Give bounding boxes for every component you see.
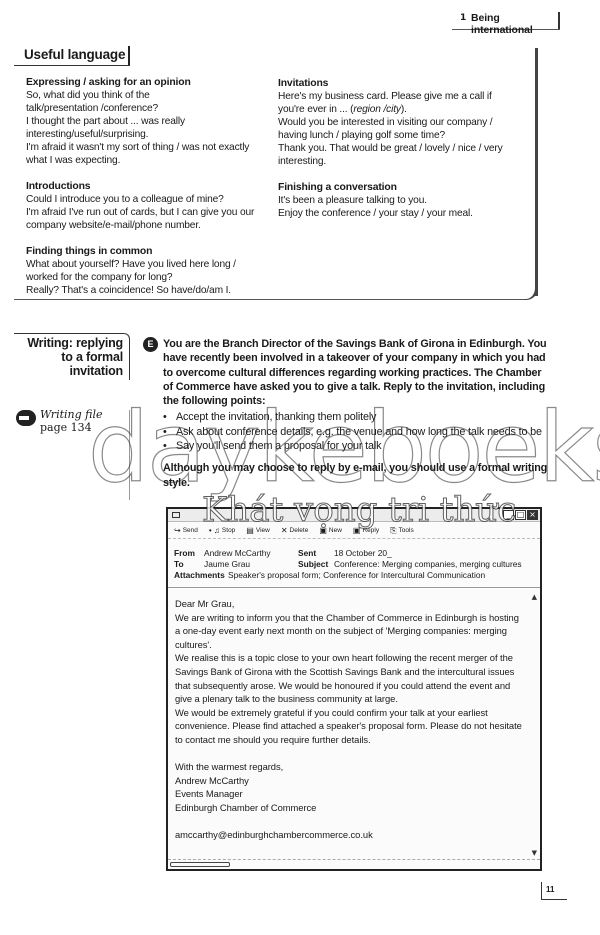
close-button[interactable]: ×	[527, 510, 538, 520]
phrase-line: It's been a pleasure talking to you.	[278, 194, 533, 207]
stop-button[interactable]: • ♫Stop	[209, 527, 235, 535]
phrase-group-finishing: Finishing a conversation It's been a ple…	[278, 181, 533, 220]
task-instruction-text: You are the Branch Director of the Savin…	[163, 337, 548, 408]
signature-title: Events Manager	[175, 787, 525, 801]
group-title: Finishing a conversation	[278, 181, 533, 194]
task-point: Accept the invitation, thanking them pol…	[163, 410, 548, 424]
minimize-button[interactable]: _	[503, 510, 514, 520]
phrase-line: what I was expecting.	[26, 154, 276, 167]
subject-label: Subject	[298, 559, 328, 570]
attachments-value[interactable]: Speaker's proposal form; Conference for …	[228, 570, 485, 581]
phrase-line: you're ever in ... (region /city).	[278, 103, 533, 116]
from-value: Andrew McCarthy	[204, 548, 271, 559]
view-button[interactable]: ▤View	[246, 527, 270, 535]
task-points-list: Accept the invitation, thanking them pol…	[163, 410, 548, 453]
phrase-group-introductions: Introductions Could I introduce you to a…	[26, 180, 276, 232]
reply-button[interactable]: ▣Reply	[353, 527, 379, 535]
email-titlebar: _ □ ×	[168, 509, 540, 522]
signature-email-link[interactable]: amccarthy@edinburghchambercommerce.co.uk	[175, 828, 525, 842]
window-controls: _ □ ×	[503, 510, 538, 520]
signature-name: Andrew McCarthy	[175, 774, 525, 788]
send-label: Send	[183, 527, 198, 534]
phrase-group-common: Finding things in common What about your…	[26, 245, 276, 297]
group-title: Expressing / asking for an opinion	[26, 76, 276, 89]
status-bar	[168, 859, 540, 869]
closing: With the warmest regards,	[175, 760, 525, 774]
stop-icon: • ♫	[209, 527, 220, 535]
body-paragraph: We would be extremely grateful if you co…	[175, 706, 525, 747]
arrow-right-icon	[16, 410, 36, 426]
useful-language-heading: Useful language	[24, 47, 125, 62]
group-title: Invitations	[278, 77, 533, 90]
page-number: 11	[546, 885, 554, 894]
view-icon: ▤	[246, 527, 254, 535]
phrase-line: Could I introduce you to a colleague of …	[26, 193, 276, 206]
phrase-line: having lunch / playing golf some time?	[278, 129, 533, 142]
signature-org: Edinburgh Chamber of Commerce	[175, 801, 525, 815]
phrase-line: What about yourself? Have you lived here…	[26, 258, 276, 271]
task-point: Say you'll send them a proposal for your…	[163, 439, 548, 453]
phrase-line: interesting.	[278, 155, 533, 168]
to-label: To	[174, 559, 184, 570]
reply-label: Reply	[362, 527, 379, 534]
maximize-button[interactable]: □	[515, 510, 526, 520]
useful-language-left-column: Expressing / asking for an opinion So, w…	[26, 76, 276, 310]
send-button[interactable]: ↪Send	[174, 527, 198, 535]
salutation: Dear Mr Grau,	[175, 597, 525, 611]
task-note: Although you may choose to reply by e-ma…	[163, 461, 548, 490]
useful-language-heading-box: Useful language	[14, 44, 130, 66]
task-instructions: You are the Branch Director of the Savin…	[163, 337, 548, 490]
sent-label: Sent	[298, 548, 316, 559]
from-label: From	[174, 548, 195, 559]
phrase-line: Thank you. That would be great / lovely …	[278, 142, 533, 155]
delete-button[interactable]: ✕Delete	[281, 527, 309, 535]
writing-section-title: Writing: replying to a formal invitation	[27, 336, 123, 378]
new-icon: ▣	[319, 527, 327, 535]
stop-label: Stop	[222, 527, 235, 534]
phrase-line: Really? That's a coincidence! So have/do…	[26, 284, 276, 297]
unit-number: 1	[460, 13, 466, 23]
phrase-line: I thought the part about ... was really	[26, 115, 276, 128]
scroll-down-arrow-icon[interactable]: ▼	[532, 849, 537, 857]
useful-language-right-column: Invitations Here's my business card. Ple…	[278, 77, 533, 233]
delete-label: Delete	[290, 527, 309, 534]
title-line: to a formal	[27, 350, 123, 364]
heading-rule	[128, 46, 130, 65]
phrase-line: Here's my business card. Please give me …	[278, 90, 533, 103]
running-head: 1 Being international	[452, 10, 560, 30]
task-letter-badge: E	[143, 337, 158, 352]
phrase-line: worked for the company for long?	[26, 271, 276, 284]
new-label: New	[329, 527, 342, 534]
box-border-right	[535, 48, 538, 296]
unit-title: Being international	[471, 12, 560, 36]
email-body: Dear Mr Grau, We are writing to inform y…	[175, 597, 525, 842]
body-paragraph: We realise this is a topic close to your…	[175, 651, 525, 705]
status-progress	[170, 862, 230, 867]
window-icon	[172, 512, 180, 518]
writing-file-page: page 134	[40, 421, 103, 434]
delete-icon: ✕	[281, 527, 288, 535]
column-divider	[129, 410, 130, 500]
phrase-line: company website/e-mail/phone number.	[26, 219, 276, 232]
send-icon: ↪	[174, 527, 181, 535]
task-point: Ask about conference details, e.g. the v…	[163, 425, 548, 439]
group-title: Introductions	[26, 180, 276, 193]
title-line: Writing: replying	[27, 336, 123, 350]
phrase-group-opinion: Expressing / asking for an opinion So, w…	[26, 76, 276, 167]
new-button[interactable]: ▣New	[319, 527, 342, 535]
running-head-rule	[558, 12, 560, 29]
tools-icon: ⎘	[390, 527, 396, 535]
sent-value: 18 October 20_	[334, 548, 392, 559]
group-title: Finding things in common	[26, 245, 276, 258]
phrase-line: I'm afraid I've run out of cards, but I …	[26, 206, 276, 219]
phrase-line: interesting/useful/surprising.	[26, 128, 276, 141]
scroll-up-arrow-icon[interactable]: ▲	[532, 593, 537, 601]
writing-file-label: Writing file	[40, 408, 103, 421]
subject-value: Conference: Merging companies, merging c…	[334, 559, 522, 570]
page-number-box: 11	[541, 882, 567, 900]
to-value: Jaume Grau	[204, 559, 250, 570]
phrase-line: Would you be interested in visiting our …	[278, 116, 533, 129]
tools-button[interactable]: ⎘Tools	[390, 527, 414, 535]
box-border-corner	[520, 280, 538, 300]
phrase-line: Enjoy the conference / your stay / your …	[278, 207, 533, 220]
view-label: View	[256, 527, 270, 534]
header-divider	[168, 587, 540, 588]
phrase-line: I'm afraid it wasn't my sort of thing / …	[26, 141, 276, 154]
title-line: invitation	[27, 364, 123, 378]
phrase-line: So, what did you think of the	[26, 89, 276, 102]
phrase-line: talk/presentation /conference?	[26, 102, 276, 115]
attachments-label: Attachments	[174, 570, 225, 581]
reply-icon: ▣	[353, 527, 361, 535]
writing-section-heading-box: Writing: replying to a formal invitation	[14, 333, 130, 380]
email-header: From Andrew McCarthy Sent 18 October 20_…	[174, 548, 534, 581]
email-window: _ □ × ↪Send • ♫Stop ▤View ✕Delete ▣New ▣…	[166, 507, 542, 871]
phrase-group-invitations: Invitations Here's my business card. Ple…	[278, 77, 533, 168]
body-paragraph: We are writing to inform you that the Ch…	[175, 611, 525, 652]
tools-label: Tools	[399, 527, 414, 534]
email-toolbar: ↪Send • ♫Stop ▤View ✕Delete ▣New ▣Reply …	[168, 523, 540, 539]
